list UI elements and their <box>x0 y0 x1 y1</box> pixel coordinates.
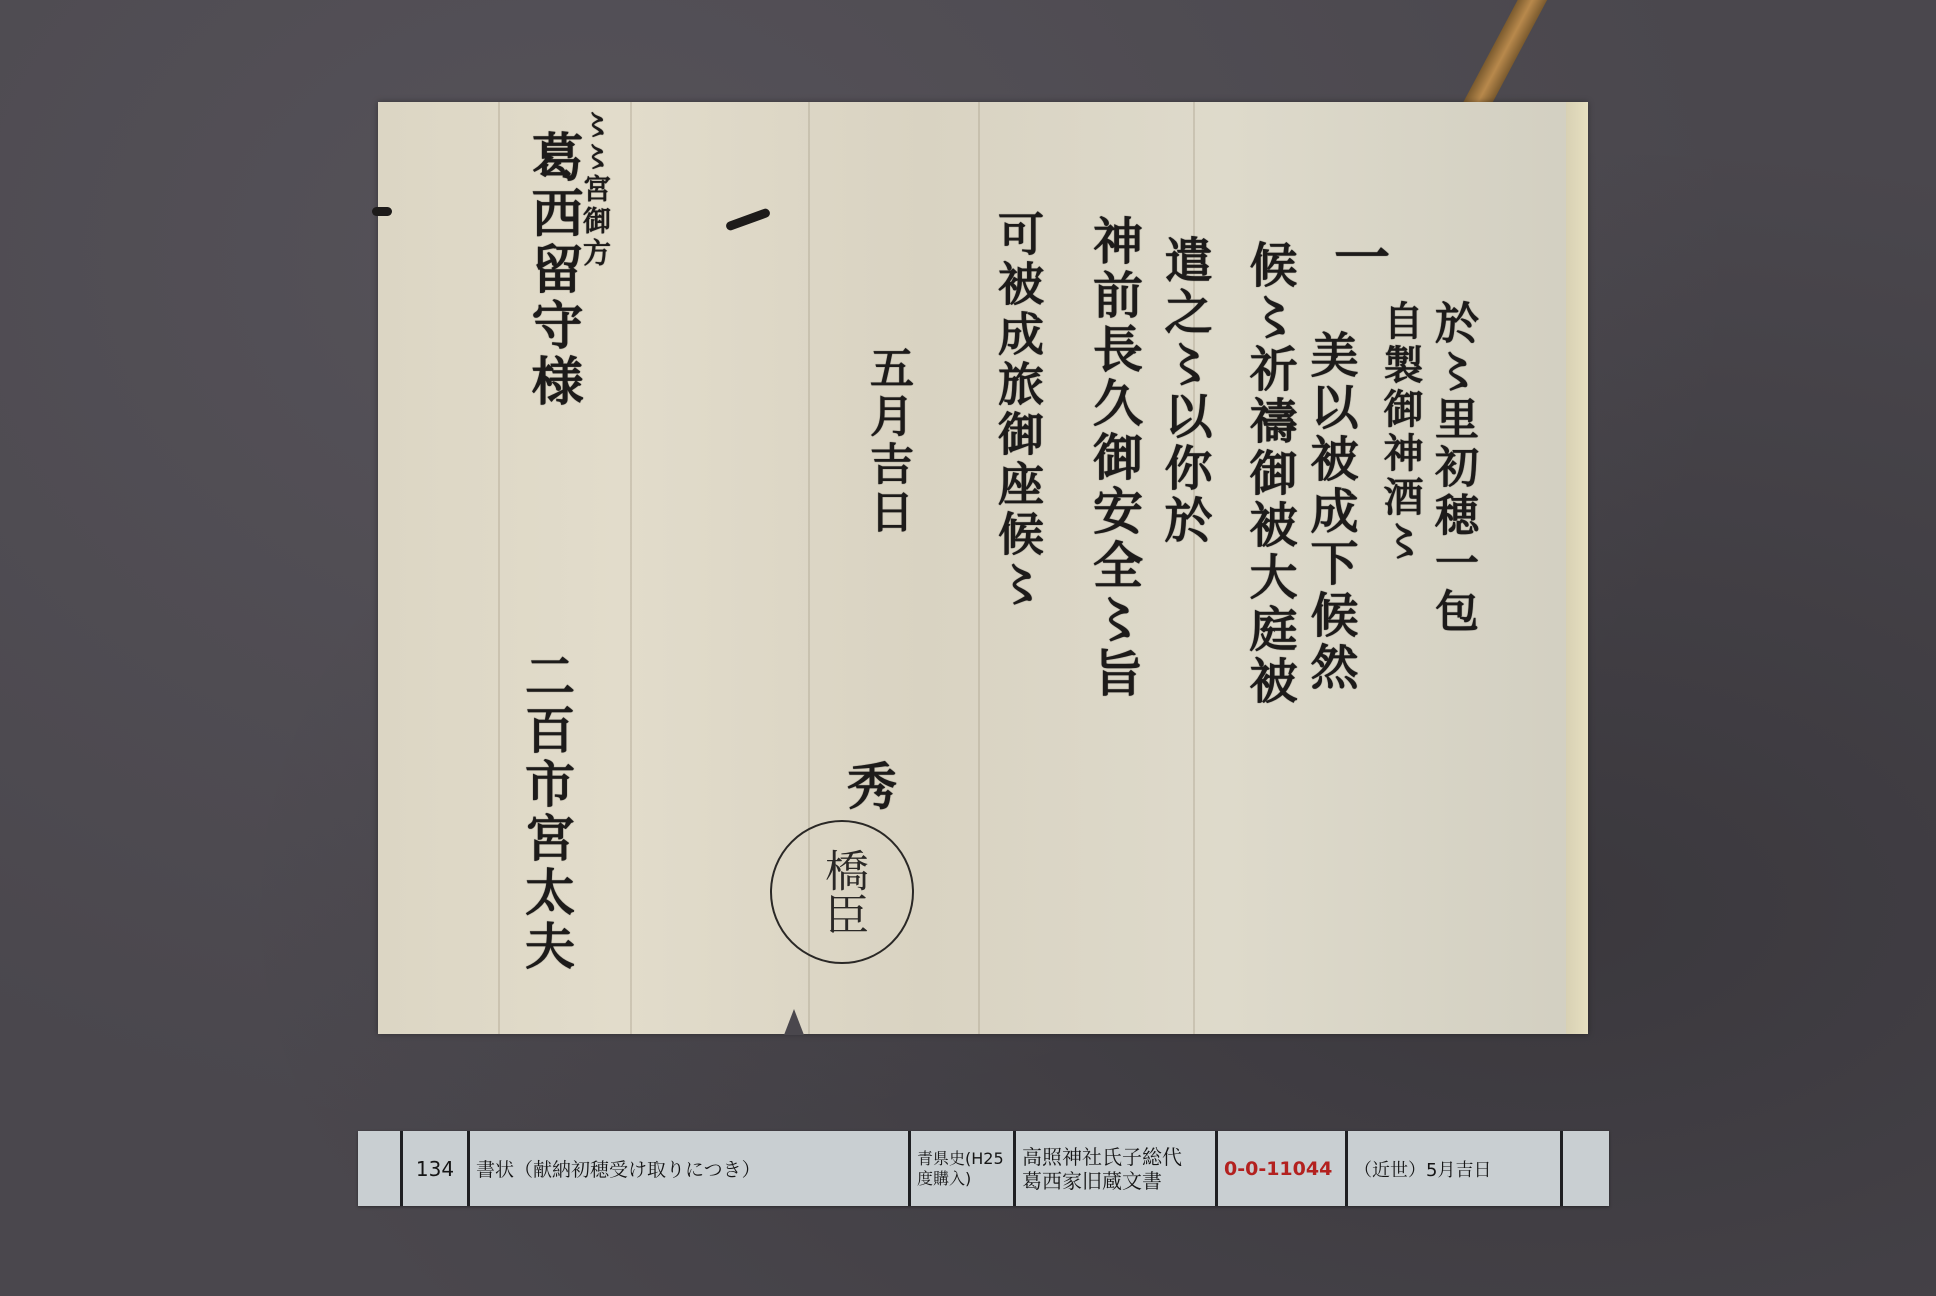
label-catalog-id: 0-0-11044 <box>1218 1131 1348 1206</box>
label-date: （近世）5月吉日 <box>1348 1131 1563 1206</box>
calligraphy-column: 二百市宮太夫 <box>510 650 582 974</box>
paper-edge <box>1566 102 1588 1034</box>
fold-line <box>978 102 980 1034</box>
calligraphy-column: 美以被成下候然 <box>1296 330 1365 694</box>
paper-tear <box>784 1009 804 1035</box>
label-source: 青県史(H25 度購入) <box>911 1131 1016 1206</box>
label-collection: 高照神社氏子総代 葛西家旧蔵文書 <box>1016 1131 1218 1206</box>
calligraphy-column: 候〻祈禱御被大庭被 <box>1235 240 1304 708</box>
calligraphy-column: 可被成旅御座候〻 <box>985 210 1051 610</box>
calligraphy-column: 秀 <box>832 760 904 814</box>
seal-stamp: 橋臣 <box>770 820 914 964</box>
label-blank-cell <box>358 1131 403 1206</box>
catalog-label-strip: 134 書状（献納初穂受け取りにつき） 青県史(H25 度購入) 高照神社氏子総… <box>358 1131 1609 1206</box>
calligraphy-column: 神前長久御安全〻旨 <box>1078 215 1150 701</box>
seal-text: 橋臣 <box>820 848 864 936</box>
calligraphy-column: 於〻里初穂一包 <box>1420 300 1484 636</box>
calligraphy-column: 一 <box>1318 228 1398 288</box>
label-blank-cell <box>1563 1131 1609 1206</box>
label-title: 書状（献納初穂受け取りにつき） <box>470 1131 911 1206</box>
label-number: 134 <box>403 1131 470 1206</box>
calligraphy-column: 自製御神酒〻 <box>1372 300 1429 564</box>
calligraphy-column: 遣之〻以你於 <box>1150 235 1219 547</box>
fold-line <box>630 102 632 1034</box>
fold-line <box>498 102 500 1034</box>
margin-mark <box>372 207 392 216</box>
calligraphy-column: 〻〻宮御方 <box>575 110 615 270</box>
ichi-mark <box>725 207 771 231</box>
calligraphy-column: 五月吉日 <box>855 345 919 537</box>
